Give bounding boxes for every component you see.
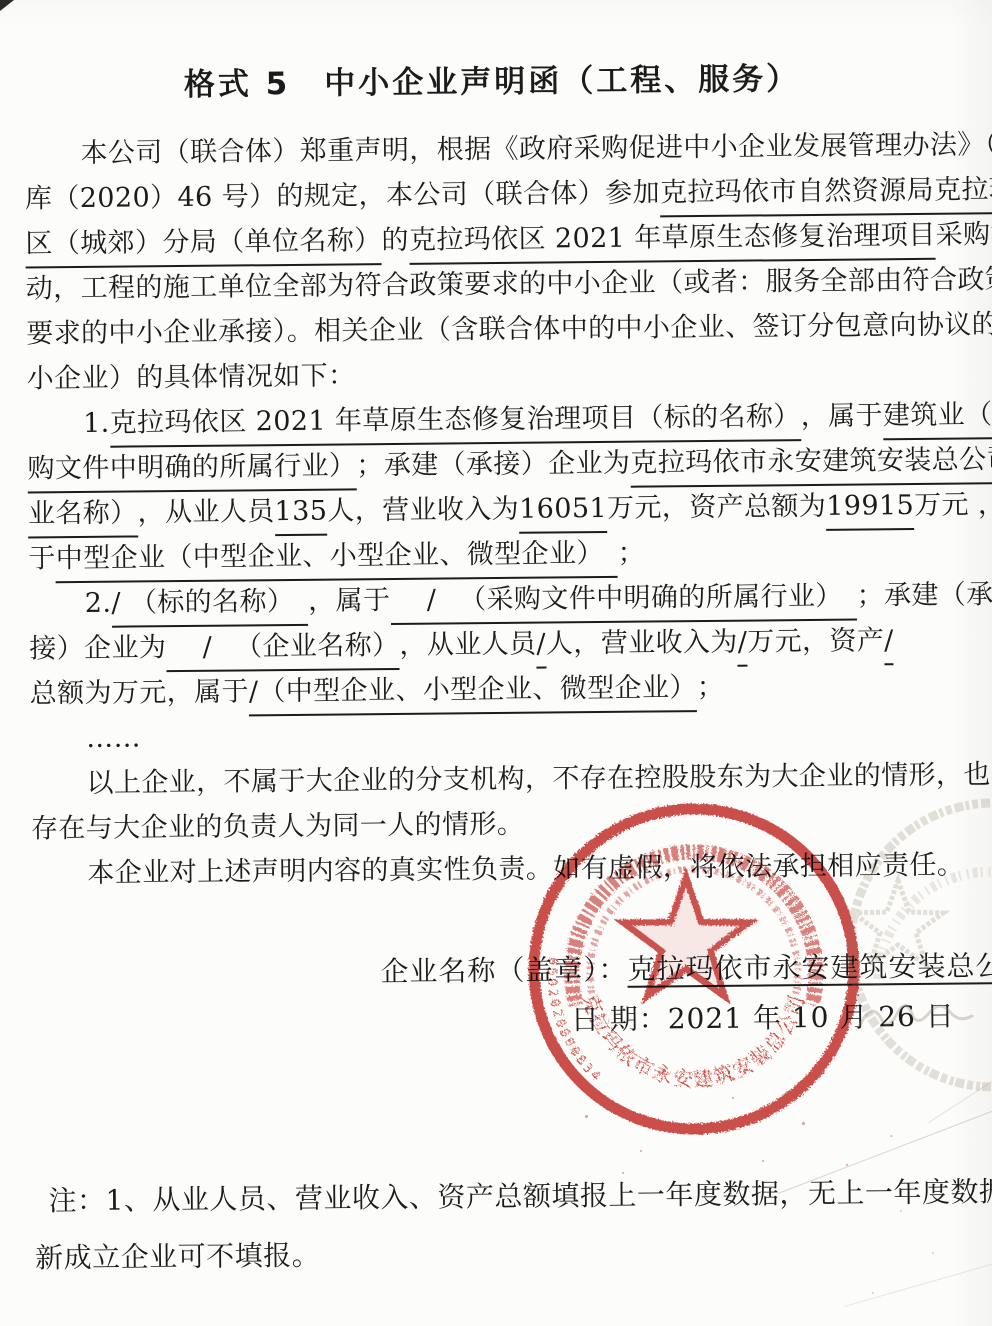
paper-speck [872,1292,874,1294]
filled-blank-value: 19915 [826,483,914,531]
document-sheet: 格式 5 中小企业声明函（工程、服务） 本公司（联合体）郑重声明，根据《政府采购… [23,0,973,1286]
filled-blank-value: / （标的名称） [111,579,308,628]
text-segment: 注：1、从业人员、营业收入、资产总额填报上一年度数据，无上一年度数据的 [48,1163,992,1229]
text-segment: 接）企业为 [29,625,166,671]
filled-blank-value: / [884,618,894,665]
text-segment: 采购活 [935,212,992,258]
filled-blank-value: /（中型企业、小型企业、微型企业） [249,665,697,716]
text-segment: 于 [28,536,56,581]
paper-speck [900,1210,902,1212]
text-segment: 总额为万元，属于 [30,669,250,716]
filled-blank-value: / （采购文件中明确的所属行业） [390,574,857,625]
text-segment: 新成立企业可不填报。 [35,1227,321,1287]
doc-line-item2-line2: 接）企业为 / （企业名称），从业人员 / 人，营业收入为 / 万元，资产 / [29,617,967,671]
scan-corner-artifact [0,0,14,11]
filled-blank-value: / [536,622,546,669]
filled-blank-value: 购文件中明确的所属行业） [27,443,356,493]
text-segment: ，属于 [308,578,391,624]
ink-speck [762,1160,764,1162]
text-segment: 万元，资产总额为 [607,484,827,531]
text-segment: ，属于 [801,393,884,439]
text-segment: 人，营业收入为 [327,487,519,534]
filled-blank-value: 业名称） [28,490,138,538]
text-segment: 小企业）的具体情况如下： [26,353,355,401]
signature-block: 企业名称（盖章）：克拉玛依市永安建筑安装总公司 日 期：2021 年 10 月 … [32,941,971,1050]
company-seal-label: 企业名称（盖章）： [380,953,627,988]
filled-blank-value: 克拉玛依市自然资源局克拉玛依 [660,167,992,218]
ink-speck [732,1097,734,1099]
filled-blank-value: 16051 [519,486,607,534]
text-segment: 人，营业收入为 [546,620,738,667]
document-body: 本公司（联合体）郑重声明，根据《政府采购促进中小企业发展管理办法》（财库（202… [24,123,969,897]
filled-blank-value: 中型企业（中型企业、小型企业、微型企业） [56,531,618,583]
doc-line-closing-line1: 以上企业，不属于大企业的分支机构，不存在控股股东为大企业的情形，也不 [30,752,968,806]
filled-blank-value: 建筑业（采 [883,392,992,440]
filled-blank-value: 区（城郊）分局（单位名称） [25,218,382,268]
ink-speck [802,1122,805,1125]
doc-line-note-line2: 新成立企业可不填报。 [35,1220,974,1286]
filled-blank-value: 克拉玛依区 2021 年草原生态修复治理项目 [409,213,936,265]
ink-speck [700,1132,704,1135]
filled-blank-value: 135 [274,489,327,537]
text-segment: 要求的中小企业承接）。相关企业（含联合体中的中小企业、签订分包意向协议的中 [26,302,992,357]
date-label: 日 期： [571,1002,668,1036]
filled-blank-value: / [738,620,748,667]
scanned-declaration-document: 格式 5 中小企业声明函（工程、服务） 本公司（联合体）郑重声明，根据《政府采购… [0,0,992,1326]
text-segment: 万元，资产 [747,618,884,664]
text-segment: ；承建（承接）企业为 [356,441,630,489]
text-segment: 库（2020）46 号）的规定，本公司（联合体）参加 [25,170,660,221]
doc-line-item1-line3: 业名称），从业人员 135 人，营业收入为 16051 万元，资产总额为 199… [28,482,966,536]
text-segment: 2. [85,581,112,626]
text-segment: ；承建（承 [856,572,992,618]
paper-speck [932,1252,934,1254]
doc-line-closing-line3: 本企业对上述声明内容的真实性负责。如有虚假，将依法承担相应责任。 [31,842,969,896]
text-segment: ，从业人员 [137,489,274,535]
text-segment: 存在与大企业的负责人为同一人的情形。 [31,802,525,852]
doc-line-note-line1: 注：1、从业人员、营业收入、资产总额填报上一年度数据，无上一年度数据的 [34,1163,973,1229]
ink-speck [640,1150,642,1152]
signature-date-line: 日 期：2021 年 10 月 26 日 [33,991,971,1050]
text-segment: 的 [381,218,409,263]
paper-speck [890,1135,893,1137]
filled-blank-value: 克拉玛依市永安建筑安装总公司（企 [630,437,992,488]
text-segment: 1. [83,401,110,446]
text-segment: ； [617,531,645,576]
filled-blank-value: / （企业名称） [166,623,400,672]
doc-line-para1-line5: 要求的中小企业承接）。相关企业（含联合体中的中小企业、签订分包意向协议的中 [26,303,964,357]
text-segment: 万元 ，属 [914,482,992,528]
text-segment: ，从业人员 [399,622,536,668]
ink-speck [622,1172,624,1174]
document-title: 格式 5 中小企业声明函（工程、服务） [24,52,962,106]
text-segment: ； [697,665,725,710]
footnote-block: 注：1、从业人员、营业收入、资产总额填报上一年度数据，无上一年度数据的新成立企业… [34,1163,973,1286]
text-segment: 以上企业，不属于大企业的分支机构，不存在控股股东为大企业的情形，也不 [86,752,992,806]
ink-speck [585,1115,588,1118]
company-name-value: 克拉玛依市永安建筑安装总公司 [627,949,992,988]
signature-company-line: 企业名称（盖章）：克拉玛依市永安建筑安装总公司 [32,941,970,1000]
text-segment: 本企业对上述声明内容的真实性负责。如有虚假，将依法承担相应责任。 [87,843,964,896]
text-segment: …… [86,715,141,761]
date-value: 2021 年 10 月 26 日 [668,1000,955,1036]
